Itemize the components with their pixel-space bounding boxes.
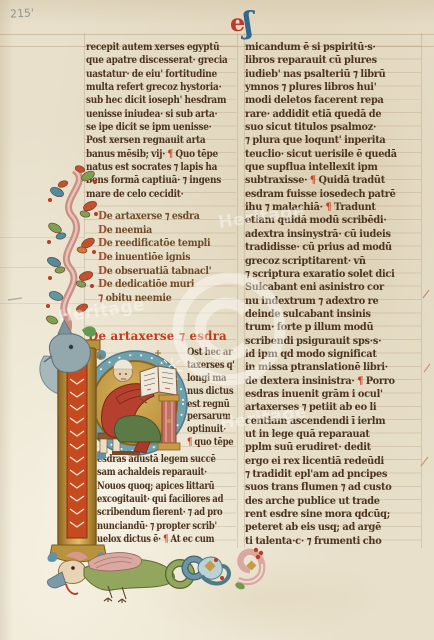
tail-knot <box>169 548 263 591</box>
text-line: ymnos ⁊ plures libros hui' <box>245 81 411 94</box>
text-line: suo sicut titulos psalmoz· <box>245 121 411 134</box>
text-line: deinde sulcabant insinis <box>245 308 411 321</box>
chapter-initial: D <box>98 276 107 290</box>
text-line: persarum <box>187 411 227 424</box>
text-line: sub hec dicit ioseph' hesdram <box>86 94 215 107</box>
chapter-initial: D <box>98 249 107 263</box>
text-line: id ipm qd modo significat <box>245 348 411 361</box>
text-line: peteret ab eis usq; ad argē <box>245 521 411 534</box>
text-line: que supflua intellexit ipm <box>245 161 411 174</box>
text-line: Nouos quoq; apices littarū <box>97 480 207 493</box>
text-line: rent esdre sine mora qdcūq; <box>245 508 411 521</box>
text-line: tradidisse· cū prius ad modū <box>245 241 411 254</box>
text-line: que apatre discesserat· grecia <box>86 54 215 67</box>
text-line: rare· addidit etiā quedā de <box>245 108 411 121</box>
text-column-left: recepit autem xerses egyptūque apatre di… <box>86 41 238 201</box>
text-line: esdram fuisse iosedech patrē <box>245 188 411 201</box>
bottom-dragon-bird <box>47 552 174 603</box>
text-line: excogitauit· qui faciliores ad <box>97 493 207 506</box>
text-line: optinuit· <box>187 424 227 437</box>
text-line: micandum ē si pspiritū·s· <box>245 41 411 54</box>
text-line: sam achaldeis reparauit· <box>97 466 207 479</box>
chapter-list: De artaxerse ⁊ esdraDe neemiaDe reedific… <box>98 209 236 305</box>
chapter-list-item: De obseruatiā tabnacl' <box>98 264 222 278</box>
text-line: Sulcabant eni asinistro cor <box>245 281 411 294</box>
text-line: pplm suū erudiret· dedit <box>245 441 411 454</box>
text-line: ⁊ plura que loqunt' inperita <box>245 134 411 147</box>
chapter-list-item: De artaxerse ⁊ esdra <box>98 209 222 223</box>
text-line: scribendum fierent· ⁊ ad pro <box>97 506 207 519</box>
chapter-list-item: De dedicatiōe muri <box>98 277 222 291</box>
rubric-heading: De artaxerse ⁊ esdra <box>88 328 227 343</box>
text-beside-initial: Ost hec artaxerses q'longi manus dictuse… <box>187 347 234 450</box>
open-book <box>140 366 177 397</box>
text-line: etiam quidā modū scribēdi· <box>245 214 411 227</box>
manuscript-page-photo: { "page": { "number": "215'", "running_t… <box>0 0 434 640</box>
chapter-list-item: De neemia <box>98 223 222 237</box>
text-line: adextra insinystrā· cū iudeis <box>245 228 411 241</box>
chapter-initial: D <box>98 235 107 249</box>
text-line: est regnū <box>187 399 227 412</box>
text-line: subtraxisse· ¶ Quidā tradūt <box>245 174 411 187</box>
folio-number: 215' <box>10 6 35 20</box>
text-line: bens formā captiuā· ⁊ ingens <box>86 174 215 187</box>
text-line: mare de celo cecidit· <box>86 188 215 201</box>
text-line: suos trans flumen ⁊ ad custo <box>245 481 411 494</box>
running-title: eʃ <box>230 4 255 39</box>
chapter-list-item: De reedificatōe templi <box>98 236 222 250</box>
text-line: scribendi psigurauit sps·s· <box>245 335 411 348</box>
parchment-stain <box>140 555 390 640</box>
text-line: nunciandū· ⁊ propter scrib' <box>97 520 207 533</box>
text-line: nu indextrum ⁊ adextro re <box>245 295 411 308</box>
lectern <box>158 395 180 450</box>
text-line: in missa ptranslationē libri· <box>245 361 411 374</box>
text-line: ihu ⁊ malachiā· ¶ Tradunt <box>245 201 411 214</box>
text-line: trum· forte p illum modū <box>245 321 411 334</box>
text-line: ¶ quo tēpe <box>187 437 227 450</box>
text-line: Post xersen regnauit arta <box>86 134 215 147</box>
chapter-initial: D <box>98 222 107 236</box>
text-line: modi deletos facerent repa <box>245 94 411 107</box>
text-line: esdras inuenit grām i ocul' <box>245 388 411 401</box>
text-line: longi ma <box>187 373 227 386</box>
text-below-initial: esdras adustā legem succēsam achaldeis r… <box>97 453 235 546</box>
text-line: libros reparauit cū plures <box>245 54 411 67</box>
text-line: iudieb' nas psalteriū ⁊ librū <box>245 68 411 81</box>
scribe-figure <box>98 360 161 456</box>
text-line: uelox dictus ē· ¶ At ec cum <box>97 533 207 546</box>
text-line: grecoz scriptitarent· vn̄ <box>245 255 411 268</box>
text-line: ⁊ tradidit epl'am ad pncipes <box>245 468 411 481</box>
chapter-initial: D <box>98 208 107 222</box>
text-line: se ipe dicit se ipm uenisse· <box>86 121 215 134</box>
text-line: artaxerses ⁊ petiit ab eo li <box>245 401 411 414</box>
text-line: des arche publice ut trade <box>245 495 411 508</box>
text-line: uastatur· de eiu' fortitudine <box>86 68 215 81</box>
text-line: banus mēsib; vij· ¶ Quo tēpe <box>86 148 215 161</box>
text-line: recepit autem xerses egyptū <box>86 41 215 54</box>
text-line: nus dictus <box>187 386 227 399</box>
text-line: de dextera insinistra· ¶ Porro <box>245 375 411 388</box>
initial-corner-ornament <box>40 356 84 394</box>
running-title-letter-s: ʃ <box>243 6 253 41</box>
chapter-list-item: ⁊ obitu neemie <box>98 291 222 305</box>
text-column-right: micandum ē si pspiritū·s·libros reparaui… <box>245 41 423 548</box>
text-line: ergo ei rex licentiā redeūdi <box>245 455 411 468</box>
chapter-list-item: De inuentiōe ignis <box>98 250 222 264</box>
text-line: natus est socrates ⁊ lapis ha <box>86 161 215 174</box>
text-line: esdras adustā legem succē <box>97 453 207 466</box>
text-line: taxerses q' <box>187 360 227 373</box>
text-line: ⁊ scriptura exaratio solet dici <box>245 268 411 281</box>
text-line: multa refert grecoz hystoria· <box>86 81 215 94</box>
text-line: ut in lege quā reparauat <box>245 428 411 441</box>
text-line: centiam ascendendi ī ierlm <box>245 415 411 428</box>
text-line: Ost hec ar <box>187 347 227 360</box>
text-line: uenisse iniudea· si sub arta· <box>86 108 215 121</box>
chapter-initial: D <box>98 263 107 277</box>
text-line: ti talenta·c· ⁊ frumenti cho <box>245 535 411 548</box>
text-line: teuclio· sicut uerisile ē quedā <box>245 148 411 161</box>
